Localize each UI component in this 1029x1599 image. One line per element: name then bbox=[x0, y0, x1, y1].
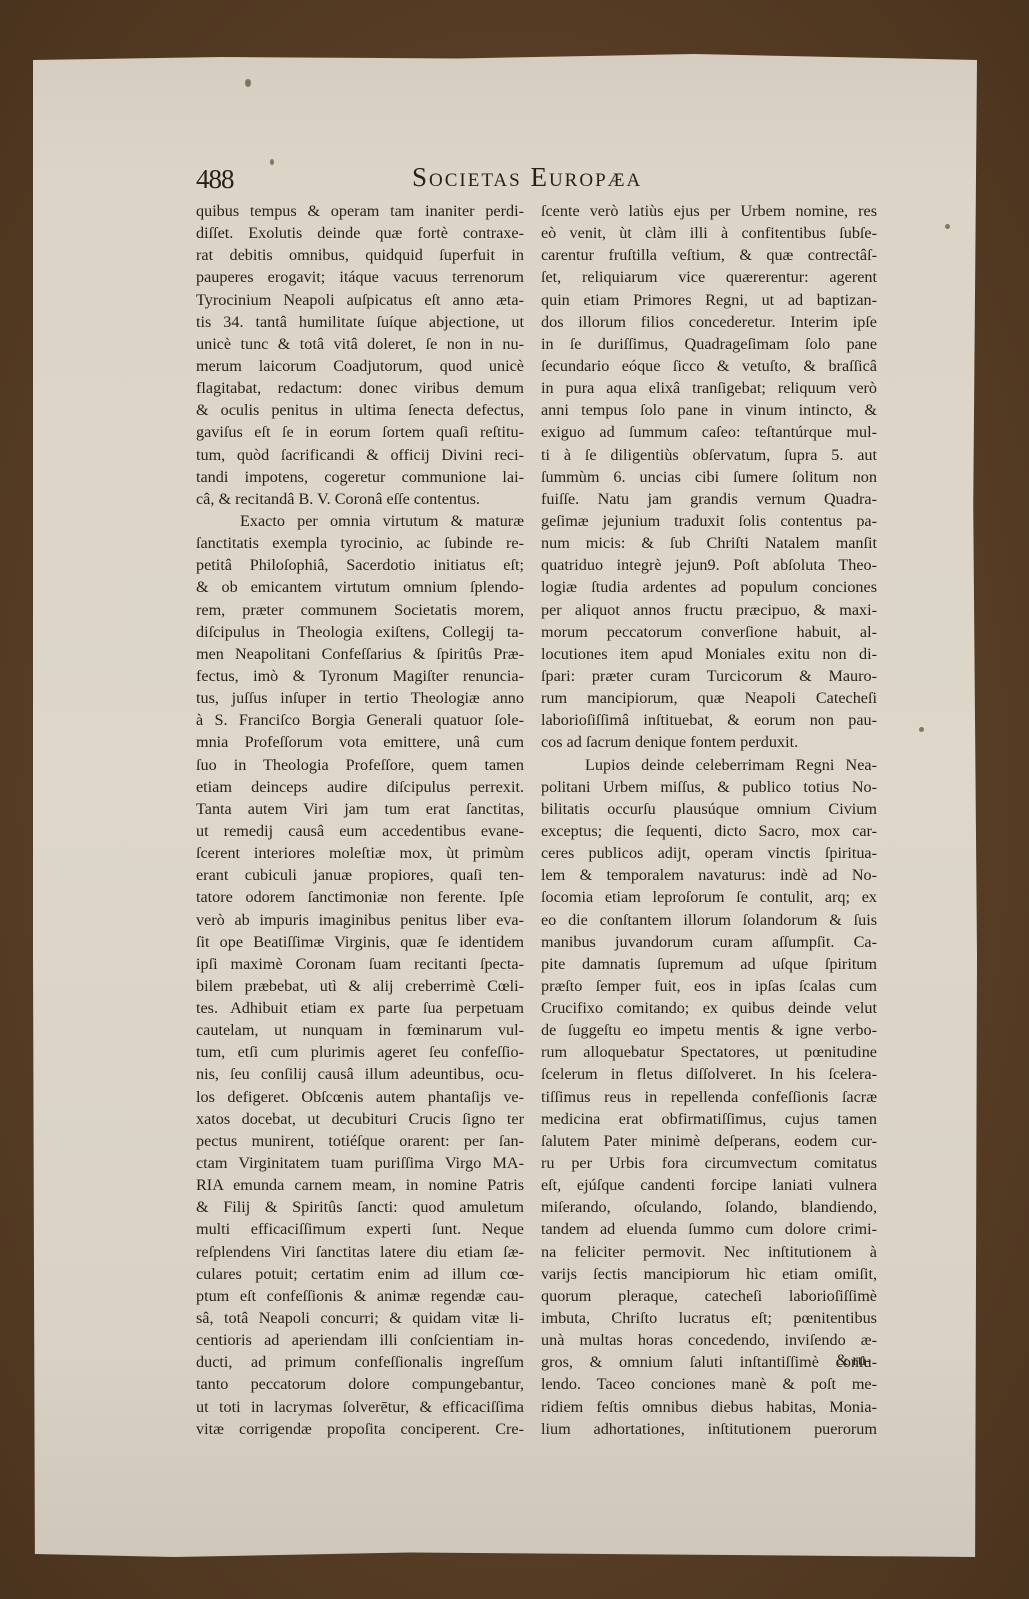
text-line: ut remedij causâ eum accedentibus evane- bbox=[196, 820, 524, 842]
text-line: reſplendens Viri ſanctitas latere diu et… bbox=[196, 1241, 524, 1263]
text-line: los defigeret. Obſcœnis autem phantaſijs… bbox=[196, 1086, 524, 1108]
text-line: ſcente verò latiùs ejus per Urbem nomine… bbox=[541, 200, 877, 222]
text-line: tis 34. tantâ humilitate ſuíque abjectio… bbox=[196, 311, 524, 333]
text-line: tum, etſi cum plurimis ageret ſeu confeſ… bbox=[196, 1041, 524, 1063]
text-line: fectus, imò & Tyronum Magiſter renuncia- bbox=[196, 665, 524, 687]
text-line: eſt, ejúſque candenti forcipe laniati vu… bbox=[541, 1174, 877, 1196]
text-line: anni tempus ſolo pane in vinum intincto,… bbox=[541, 399, 877, 421]
text-line: tes. Adhibuit etiam ex parte ſua perpetu… bbox=[196, 997, 524, 1019]
text-line: miſerando, oſculando, ſolando, blandiend… bbox=[541, 1196, 877, 1218]
text-line: xatos docebat, ut decubituri Crucis ſign… bbox=[196, 1108, 524, 1130]
text-line: locutiones item apud Moniales exitu non … bbox=[541, 643, 877, 665]
text-line: petitâ Philoſophiâ, Sacerdotio initiatus… bbox=[196, 554, 524, 576]
text-line: culares potuit; certatim enim ad illum c… bbox=[196, 1263, 524, 1285]
text-line: & oculis penitus in ultima ſenecta defec… bbox=[196, 399, 524, 421]
text-line: etiam deinceps audire diſcipulus perrexi… bbox=[196, 776, 524, 798]
text-line: ſocomia etiam leproſorum ſe contulit, ar… bbox=[541, 886, 877, 908]
catchword: & ru- bbox=[836, 1352, 871, 1370]
text-line: quin etiam Primores Regni, ut ad baptiza… bbox=[541, 289, 877, 311]
text-line: ſpari: præter curam Turcicorum & Mauro- bbox=[541, 665, 877, 687]
text-line: medicina erat obfirmatiſſimus, cujus tam… bbox=[541, 1108, 877, 1130]
ink-spot bbox=[245, 79, 251, 87]
text-line: vitæ corrigendæ propoſita conciperent. C… bbox=[196, 1418, 524, 1440]
text-line: imbuta, Chriſto lucratus eſt; pœnitentib… bbox=[541, 1307, 877, 1329]
text-line: rem, præter communem Societatis morem, bbox=[196, 599, 524, 621]
text-line: ipſi maximè Coronam ſuam recitanti ſpect… bbox=[196, 953, 524, 975]
text-line: ridiem feſtis omnibus diebus habitas, Mo… bbox=[541, 1396, 877, 1418]
text-line: quibus tempus & operam tam inaniter perd… bbox=[196, 200, 524, 222]
text-line: mnia Profeſſorum vota emittere, unâ cum bbox=[196, 731, 524, 753]
text-line: in ſe duriſſimus, Quadrageſimam ſolo pan… bbox=[541, 333, 877, 355]
text-line: logiæ ſtudia ardentes ad populum concion… bbox=[541, 576, 877, 598]
text-line: dos illorum filios concederetur. Interim… bbox=[541, 311, 877, 333]
text-line: ut toti in lacrymas ſolverētur, & effica… bbox=[196, 1396, 524, 1418]
text-line: ru per Urbis fora circumvectum comitatus bbox=[541, 1152, 877, 1174]
text-line: tum, quòd ſacrificandi & officij Divini … bbox=[196, 444, 524, 466]
text-line: tiſſimus reus in repellenda confeſſionis… bbox=[541, 1086, 877, 1108]
right-column: ſcente verò latiùs ejus per Urbem nomine… bbox=[541, 200, 877, 1440]
text-line: varijs ſectis mancipiorum hìc etiam omiſ… bbox=[541, 1263, 877, 1285]
text-line: nis, ſeu conſilij causâ illum adeuntibus… bbox=[196, 1063, 524, 1085]
text-line: diſcipulus in Theologia exiſtens, Colleg… bbox=[196, 621, 524, 643]
text-line: merum laicorum Coadjutorum, quod unicè bbox=[196, 355, 524, 377]
text-line: pite damnatis ſupremum ad uſque ſpiritum bbox=[541, 953, 877, 975]
text-line: fuiſſe. Natu jam grandis vernum Quadra- bbox=[541, 488, 877, 510]
text-line: flagitabat, redactum: donec viribus demu… bbox=[196, 377, 524, 399]
page-number: 488 bbox=[196, 164, 234, 195]
text-line: ſcelerum in fletus diſſolveret. In his ſ… bbox=[541, 1063, 877, 1085]
text-line: eo die conſtantem illorum ſolandorum & ſ… bbox=[541, 909, 877, 931]
text-line: eò venit, ùt clàm illi à confitentibus ſ… bbox=[541, 222, 877, 244]
text-line: ſet, reliquiarum vice quærerentur: agere… bbox=[541, 266, 877, 288]
text-line: laborioſiſſimâ inſtituebat, & eorum non … bbox=[541, 709, 877, 731]
text-line: bilitatis occurſu plausúque omnium Civiu… bbox=[541, 798, 877, 820]
text-line: ptum eſt confeſſionis & animæ regendæ ca… bbox=[196, 1285, 524, 1307]
text-line: & ob emicantem virtutum omnium ſplendo- bbox=[196, 576, 524, 598]
text-line: centioris ad aperiendam illi conſcientia… bbox=[196, 1329, 524, 1351]
text-line: carentur fruſtilla veſtium, & quæ contre… bbox=[541, 244, 877, 266]
text-line: diſſet. Exolutis deinde quæ fortè contra… bbox=[196, 222, 524, 244]
text-line: ſcerent interiores moleſtiæ mox, ùt prim… bbox=[196, 842, 524, 864]
text-line: verò ab impuris imaginibus penitus liber… bbox=[196, 909, 524, 931]
text-line: unà multas horas concedendo, inviſendo æ… bbox=[541, 1329, 877, 1351]
text-line: exiguo ad ſummum caſeo: teſtantúrque mul… bbox=[541, 421, 877, 443]
text-line: câ, & recitandâ B. V. Coronâ eſſe conten… bbox=[196, 488, 524, 510]
text-line: gaviſus eſt ſe in eorum ſortem quaſi reſ… bbox=[196, 421, 524, 443]
text-line: ſecundario eóque ſicco & vetuſto, & braſ… bbox=[541, 355, 877, 377]
text-line: morum peccatorum converſione habuit, al- bbox=[541, 621, 877, 643]
text-line: lem & temporalem navaturus: indè ad No- bbox=[541, 864, 877, 886]
text-line: ceres publicos adijt, operam vinctis ſpi… bbox=[541, 842, 877, 864]
text-line: erant cubiculi januæ propiores, quaſi te… bbox=[196, 864, 524, 886]
text-line: tandi impotens, cogeretur communione lai… bbox=[196, 466, 524, 488]
text-line: na feliciter permovit. Nec inſtitutionem… bbox=[541, 1241, 877, 1263]
text-line: Exacto per omnia virtutum & maturæ bbox=[196, 510, 524, 532]
text-line: ti à ſe diligentiùs obſervatum, ſupra 5.… bbox=[541, 444, 877, 466]
text-line: politani Urbem miſſus, & publico totius … bbox=[541, 776, 877, 798]
text-line: exceptus; die ſequenti, dicto Sacro, mox… bbox=[541, 820, 877, 842]
text-line: tatore odorem ſanctimoniæ non ferente. I… bbox=[196, 886, 524, 908]
text-line: ſalutem Pater minimè deſperans, eodem cu… bbox=[541, 1130, 877, 1152]
text-line: ctam Virginitatem tuam puriſſima Virgo M… bbox=[196, 1152, 524, 1174]
text-line: de ſuggeſtu eo impetu mentis & igne verb… bbox=[541, 1019, 877, 1041]
text-line: cautelam, ut nunquam in fœminarum vul- bbox=[196, 1019, 524, 1041]
text-line: men Neapolitani Confeſſarius & ſpiritûs … bbox=[196, 643, 524, 665]
text-line: per aliquot annos fructu præcipuo, & max… bbox=[541, 599, 877, 621]
text-line: ſuo in Theologia Profeſſore, quem tamen bbox=[196, 754, 524, 776]
text-line: præſto ſemper fuit, eos in ipſas ſcalas … bbox=[541, 975, 877, 997]
text-line: ſanctitatis exempla tyrocinio, ac ſubind… bbox=[196, 532, 524, 554]
text-line: RIA emunda carnem meam, in nomine Patris bbox=[196, 1174, 524, 1196]
text-line: Tyrocinium Neapoli auſpicatus eſt anno æ… bbox=[196, 289, 524, 311]
text-line: gros, & omnium ſaluti inſtantiſſimè conſ… bbox=[541, 1351, 877, 1373]
text-line: sâ, totâ Neapoli concurri; & quidam vitæ… bbox=[196, 1307, 524, 1329]
text-line: cos ad ſacrum denique fontem perduxit. bbox=[541, 731, 877, 753]
text-line: ſit ope Beatiſſimæ Virginis, quæ ſe iden… bbox=[196, 931, 524, 953]
text-line: rat debitis omnibus, quidquid ſuperfuit … bbox=[196, 244, 524, 266]
ink-spot bbox=[919, 727, 924, 732]
text-line: ſummùm 6. uncias cibi ſumere ſolitum non bbox=[541, 466, 877, 488]
text-line: bilem præbebat, utì & alij creberrimè Cœ… bbox=[196, 975, 524, 997]
left-column: quibus tempus & operam tam inaniter perd… bbox=[196, 200, 524, 1440]
text-line: tanto peccatorum dolore compungebantur, bbox=[196, 1373, 524, 1395]
text-line: quorum pleraque, catecheſi laborioſiſſim… bbox=[541, 1285, 877, 1307]
ink-spot bbox=[945, 224, 950, 229]
text-line: in pura aqua elixâ tranſigebat; reliquum… bbox=[541, 377, 877, 399]
text-line: Lupios deinde celeberrimam Regni Nea- bbox=[541, 754, 877, 776]
text-line: multi efficaciſſimum experti ſunt. Neque bbox=[196, 1218, 524, 1240]
text-line: lendo. Taceo conciones manè & poſt me- bbox=[541, 1373, 877, 1395]
text-line: à S. Franciſco Borgia Generali quatuor ſ… bbox=[196, 709, 524, 731]
text-line: Tanta autem Viri jam tum erat ſanctitas, bbox=[196, 798, 524, 820]
text-line: pectus munirent, totiéſque orarent: per … bbox=[196, 1130, 524, 1152]
text-line: ducti, ad primum confeſſionalis ingreſſu… bbox=[196, 1351, 524, 1373]
text-line: tandem ad eluenda ſummo cum dolore crimi… bbox=[541, 1218, 877, 1240]
page-header: 488 Societas Europæa bbox=[196, 162, 886, 196]
text-line: num micis: & ſub Chriſti Natalem manſit bbox=[541, 532, 877, 554]
text-line: lium adhortationes, inſtitutionem pueror… bbox=[541, 1418, 877, 1440]
text-line: rum alloquebatur Spectatores, ut pœnitud… bbox=[541, 1041, 877, 1063]
text-line: & Filij & Spiritûs ſancti: quod amuletum bbox=[196, 1196, 524, 1218]
running-title: Societas Europæa bbox=[412, 162, 642, 193]
text-line: manibus juvandorum curam aſſumpſit. Ca- bbox=[541, 931, 877, 953]
text-line: pauperes erogavit; itáque vacuus terreno… bbox=[196, 266, 524, 288]
text-line: rum mancipiorum, quæ Neapoli Catecheſi bbox=[541, 687, 877, 709]
text-line: tus, juſſus inſuper in tertio Theologiæ … bbox=[196, 687, 524, 709]
text-line: geſimæ jejunium traduxit ſolis contentus… bbox=[541, 510, 877, 532]
text-line: unicè tunc & totâ vitâ doleret, ſe non i… bbox=[196, 333, 524, 355]
text-line: Crucifixo comitando; ex quibus deinde ve… bbox=[541, 997, 877, 1019]
text-line: quatriduo integrè jejun9. Poſt abſoluta … bbox=[541, 554, 877, 576]
